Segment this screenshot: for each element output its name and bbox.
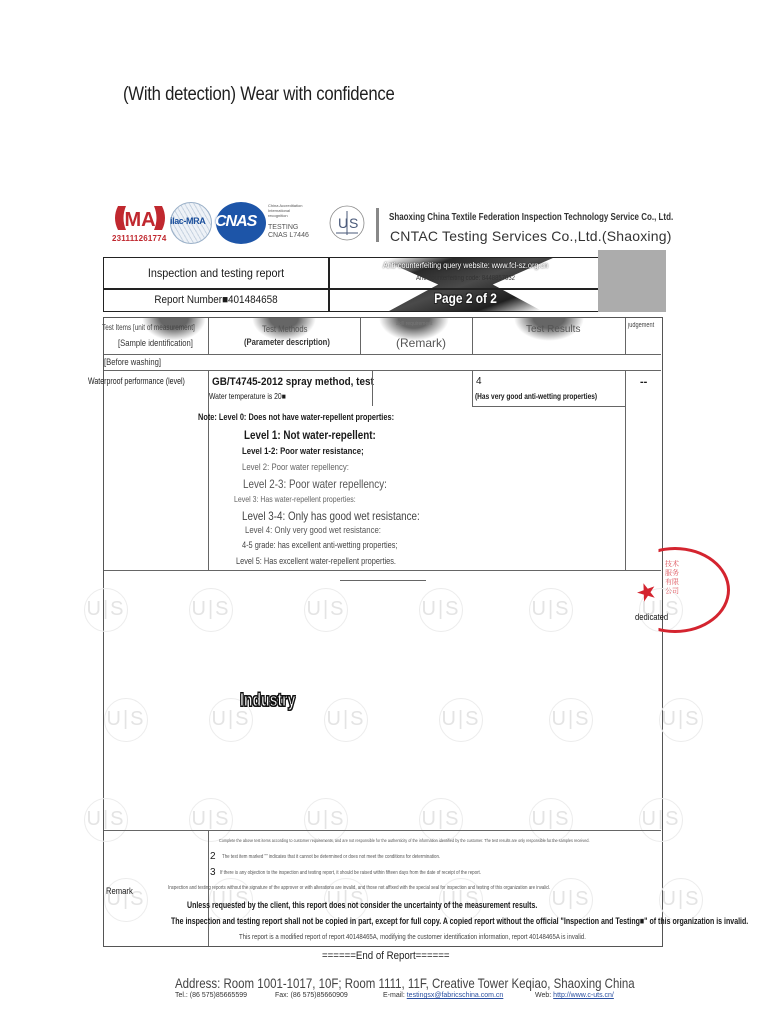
test-result-value: 4	[476, 376, 482, 387]
remark-line-1: Complete the above test items according …	[219, 838, 590, 843]
test-method-note: Water temperature is 20■	[209, 392, 286, 401]
uts-watermark-icon: U|S	[189, 588, 233, 632]
cma-number: 231111261774	[112, 234, 166, 243]
test-method: GB/T4745-2012 spray method, test	[212, 376, 374, 388]
uts-watermark-icon: U|S	[439, 698, 483, 742]
remark-line-6: The inspection and testing report shall …	[171, 916, 748, 927]
footer-email: E-mail: testingsx@fabricschina.com.cn	[383, 992, 503, 999]
page-title: (With detection) Wear with confidence	[123, 84, 395, 106]
uts-watermark-icon: U|S	[84, 588, 128, 632]
header-sample-id: [Sample identification]	[118, 338, 193, 348]
industry-overlay-text: Industry	[240, 690, 295, 711]
level-1: Level 1: Not water-repellent:	[244, 428, 376, 442]
redacted-block	[598, 250, 666, 312]
email-link[interactable]: testingsx@fabricschina.com.cn	[407, 992, 504, 999]
uts-watermark-icon: U|S	[529, 588, 573, 632]
header-test-items: Test Items [unit of measurement]	[102, 323, 195, 332]
web-label: Web:	[535, 992, 551, 999]
ilac-label: ilac-MRA	[170, 216, 205, 226]
header-judgement: judgement	[628, 322, 654, 329]
remark-line-3: If there is any objection to the inspect…	[220, 870, 481, 876]
uts-watermark-icon: U|S	[549, 698, 593, 742]
level-3-4: Level 3-4: Only has good wet resistance:	[242, 509, 420, 523]
judgement-value: --	[640, 376, 647, 388]
remark-number-2: 2	[210, 851, 216, 862]
level-note-0: Note: Level 0: Does not have water-repel…	[198, 412, 394, 422]
footer-web: Web: http://www.c-uts.cn/	[535, 992, 614, 999]
remark-line-2: The test item marked "" indicates that i…	[222, 854, 440, 860]
remark-line-4: Inspection and testing reports without t…	[168, 885, 550, 891]
level-2-3: Level 2-3: Poor water repellency:	[243, 477, 387, 491]
uts-logo: U S	[328, 203, 366, 243]
test-result-description: (Has very good anti-wetting properties)	[475, 392, 597, 401]
header-divider	[376, 208, 379, 242]
footer-tel: Tel.: (86 575)85665599	[175, 992, 247, 999]
seal-label: dedicated	[635, 612, 668, 622]
cma-logo: MA	[112, 204, 168, 232]
uts-watermark-icon: U|S	[104, 878, 148, 922]
level-2: Level 2: Poor water repellency:	[242, 462, 349, 473]
svg-text:MA: MA	[124, 209, 155, 231]
uts-watermark-icon: U|S	[419, 798, 463, 842]
level-5: Level 5: Has excellent water-repellent p…	[236, 556, 396, 566]
header-test-results: Test Results	[526, 324, 580, 335]
web-link[interactable]: http://www.c-uts.cn/	[553, 992, 614, 999]
email-label: E-mail:	[383, 992, 405, 999]
remark-line-7: This report is a modified report of repo…	[239, 932, 586, 941]
results-table: U|SU|SU|SU|SU|SU|SU|SU|SU|SU|SU|SU|SU|SU…	[103, 317, 663, 947]
remark-number-3: 3	[210, 867, 216, 878]
header-skill-requirement: skill requirement	[396, 321, 432, 327]
level-3: Level 3: Has water-repellent properties:	[234, 494, 356, 504]
footer-fax: Fax: (86 575)85660909	[275, 992, 348, 999]
report-number: Report Number■401484658	[115, 289, 317, 312]
report-header-table: Inspection and testing report Report Num…	[103, 257, 603, 312]
uts-watermark-icon: U|S	[529, 798, 573, 842]
remark-label: Remark	[106, 886, 133, 896]
cnas-label: CNAS	[215, 213, 256, 231]
uts-watermark-icon: U|S	[304, 588, 348, 632]
end-of-report: ======End of Report======	[322, 950, 450, 962]
uts-watermark-icon: U|S	[304, 798, 348, 842]
uts-watermark-icon: U|S	[659, 698, 703, 742]
cnas-recognition-text: China Accreditation International recogn…	[268, 203, 308, 218]
header-remark: (Remark)	[396, 336, 446, 350]
organization-name-en: CNTAC Testing Services Co.,Ltd.(Shaoxing…	[390, 228, 672, 244]
organization-name: Shaoxing China Textile Federation Inspec…	[389, 212, 673, 223]
svg-text:S: S	[349, 215, 358, 231]
uts-watermark-icon: U|S	[189, 798, 233, 842]
report-type: Inspection and testing report	[115, 258, 317, 288]
level-1-2: Level 1-2: Poor water resistance;	[242, 446, 364, 457]
cnas-code: TESTINGCNAS L7446	[268, 224, 309, 240]
uts-watermark-icon: U|S	[639, 798, 683, 842]
test-item-waterproof: Waterproof performance (level)	[88, 376, 185, 386]
header-test-methods: Test Methods	[262, 324, 308, 334]
uts-watermark-icon: U|S	[84, 798, 128, 842]
level-4-5: 4-5 grade: has excellent anti-wetting pr…	[242, 540, 397, 550]
level-4: Level 4: Only very good wet resistance:	[245, 525, 381, 536]
uts-watermark-icon: U|S	[104, 698, 148, 742]
page-indicator: Page 2 of 2	[349, 290, 581, 306]
seal-characters: 技术服务有限公司	[665, 560, 685, 596]
remark-line-5: Unless requested by the client, this rep…	[187, 900, 537, 910]
anti-counterfeit-code: Anti-counterfeiting code: 8448857032	[349, 275, 581, 282]
uts-watermark-icon: U|S	[419, 588, 463, 632]
footer-address: Address: Room 1001-1017, 10F; Room 1111,…	[175, 975, 635, 991]
header-parameter-description: (Parameter description)	[244, 337, 330, 347]
uts-watermark-icon: U|S	[324, 698, 368, 742]
anti-counterfeit-website: Anti-counterfeiting query website: www.f…	[349, 260, 581, 270]
section-before-washing: [Before washing]	[104, 357, 161, 367]
